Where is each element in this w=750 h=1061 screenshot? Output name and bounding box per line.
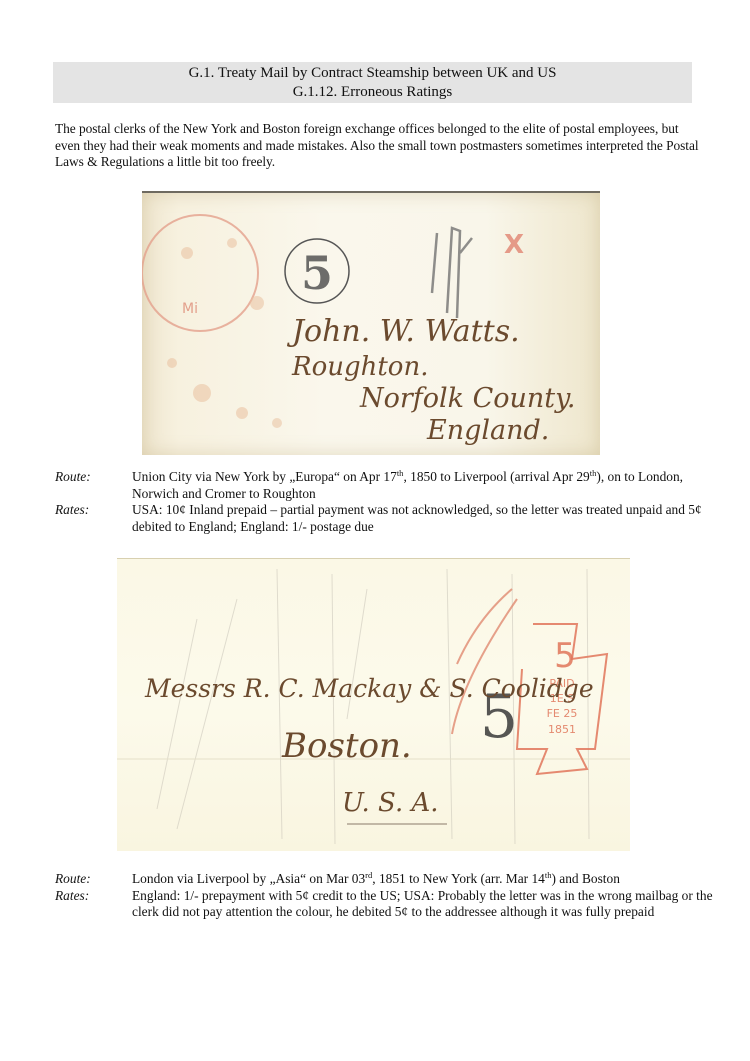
svg-text:X: X xyxy=(504,230,524,260)
route-text: London via Liverpool by „Asia“ on Mar 03… xyxy=(132,871,715,888)
rates-row: Rates: USA: 10¢ Inland prepaid – partial… xyxy=(55,502,715,535)
svg-text:Messrs R. C. Mackay & S. Cooli: Messrs R. C. Mackay & S. Coolidge xyxy=(144,674,594,703)
route-text: Union City via New York by „Europa“ on A… xyxy=(132,469,715,502)
svg-text:FE 25: FE 25 xyxy=(547,707,578,720)
svg-text:5: 5 xyxy=(554,636,576,676)
page-header: G.1. Treaty Mail by Contract Steamship b… xyxy=(53,62,692,103)
rates-label: Rates: xyxy=(55,502,132,535)
rates-label: Rates: xyxy=(55,888,132,921)
rates-text: USA: 10¢ Inland prepaid – partial paymen… xyxy=(132,502,715,535)
rates-row: Rates: England: 1/- prepayment with 5¢ c… xyxy=(55,888,715,921)
route-row: Route: Union City via New York by „Europ… xyxy=(55,469,715,502)
page-subtitle: G.1.12. Erroneous Ratings xyxy=(53,83,692,102)
svg-text:Boston.: Boston. xyxy=(281,726,412,766)
svg-text:England.: England. xyxy=(426,415,549,446)
svg-text:1851: 1851 xyxy=(548,723,576,736)
svg-text:U. S. A.: U. S. A. xyxy=(342,788,439,818)
cover-1-caption: Route: Union City via New York by „Europ… xyxy=(55,469,715,535)
svg-text:John. W. Watts.: John. W. Watts. xyxy=(286,314,520,349)
svg-text:Roughton.: Roughton. xyxy=(291,352,428,382)
svg-text:Mi: Mi xyxy=(182,301,198,317)
cover-image-1: Mi 5 X John. W. Watts. Roughton. Norfolk… xyxy=(142,191,600,455)
cover-2-caption: Route: London via Liverpool by „Asia“ on… xyxy=(55,871,715,921)
page-title: G.1. Treaty Mail by Contract Steamship b… xyxy=(53,64,692,83)
cover-image-2: 5 PAID 1E S FE 25 1851 5 Messrs R. C. Ma… xyxy=(117,558,630,851)
route-row: Route: London via Liverpool by „Asia“ on… xyxy=(55,871,715,888)
route-label: Route: xyxy=(55,871,132,888)
intro-paragraph: The postal clerks of the New York and Bo… xyxy=(55,121,705,171)
rates-text: England: 1/- prepayment with 5¢ credit t… xyxy=(132,888,715,921)
svg-text:5: 5 xyxy=(301,246,333,300)
route-label: Route: xyxy=(55,469,132,502)
svg-text:Norfolk County.: Norfolk County. xyxy=(359,383,575,414)
